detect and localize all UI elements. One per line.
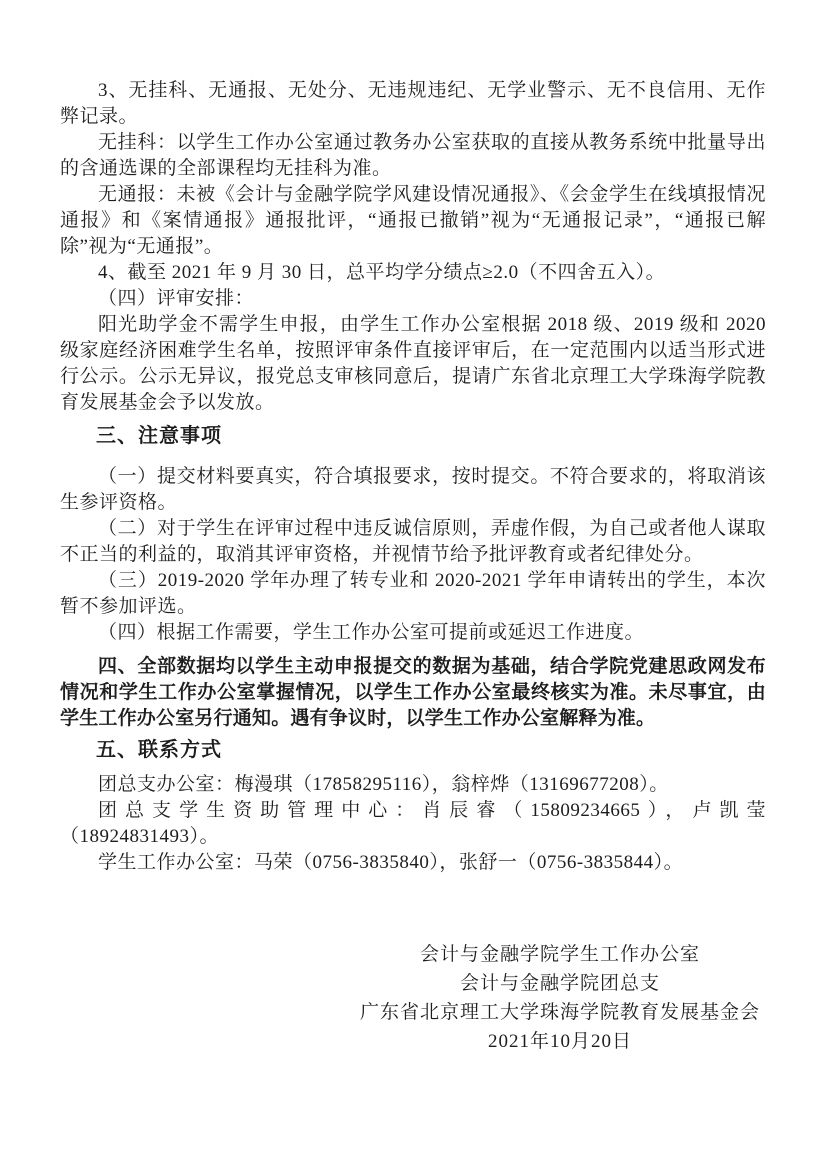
contact-line-youth-league-office: 团总支办公室：梅漫琪（17858295116），翁梓烨（13169677208）… [60, 772, 766, 798]
signature-line-youth-league: 会计与金融学院团总支 [350, 969, 770, 998]
paragraph-note-3: （三）2019-2020 学年办理了转专业和 2020-2021 学年申请转出的… [60, 568, 766, 620]
paragraph-note-2: （二）对于学生在评审过程中违反诚信原则，弄虚作假，为自己或者他人谋取不正当的利益… [60, 516, 766, 568]
signature-line-student-affairs: 会计与金融学院学生工作办公室 [350, 940, 770, 969]
section-heading-notes: 三、注意事项 [60, 422, 766, 450]
paragraph-no-report-definition: 无通报：未被《会计与金融学院学风建设情况通报》、《会金学生在线填报情况通报》和《… [60, 182, 766, 260]
paragraph-note-4: （四）根据工作需要，学生工作办公室可提前或延迟工作进度。 [60, 620, 766, 646]
signature-line-foundation: 广东省北京理工大学珠海学院教育发展基金会 [350, 998, 770, 1027]
contact-line-aid-center: 团总支学生资助管理中心：肖辰睿（15809234665），卢凯莹（1892483… [60, 798, 766, 850]
signature-date: 2021年10月20日 [350, 1027, 770, 1056]
paragraph-no-fail-definition: 无挂科：以学生工作办公室通过教务办公室获取的直接从教务系统中批量导出的含通选课的… [60, 130, 766, 182]
paragraph-criteria-3: 3、无挂科、无通报、无处分、无违规违纪、无学业警示、无不良信用、无作弊记录。 [60, 78, 766, 130]
document-body: 3、无挂科、无通报、无处分、无违规违纪、无学业警示、无不良信用、无作弊记录。 无… [60, 78, 766, 1056]
contact-line-student-affairs-office: 学生工作办公室：马荣（0756-3835840），张舒一（0756-383584… [60, 850, 766, 876]
section-heading-contact: 五、联系方式 [60, 736, 766, 764]
paragraph-note-1: （一）提交材料要真实，符合填报要求，按时提交。不符合要求的，将取消该生参评资格。 [60, 464, 766, 516]
paragraph-review-arrangement-label: （四）评审安排： [60, 286, 766, 312]
paragraph-criteria-4-gpa: 4、截至 2021 年 9 月 30 日，总平均学分绩点≥2.0（不四舍五入）。 [60, 260, 766, 286]
signature-block: 会计与金融学院学生工作办公室 会计与金融学院团总支 广东省北京理工大学珠海学院教… [350, 940, 770, 1056]
paragraph-review-arrangement-detail: 阳光助学金不需学生申报，由学生工作办公室根据 2018 级、2019 级和 20… [60, 312, 766, 416]
paragraph-data-disclaimer: 四、全部数据均以学生主动申报提交的数据为基础，结合学院党建思政网发布情况和学生工… [60, 654, 766, 732]
document-page: 3、无挂科、无通报、无处分、无违规违纪、无学业警示、无不良信用、无作弊记录。 无… [0, 0, 827, 1169]
